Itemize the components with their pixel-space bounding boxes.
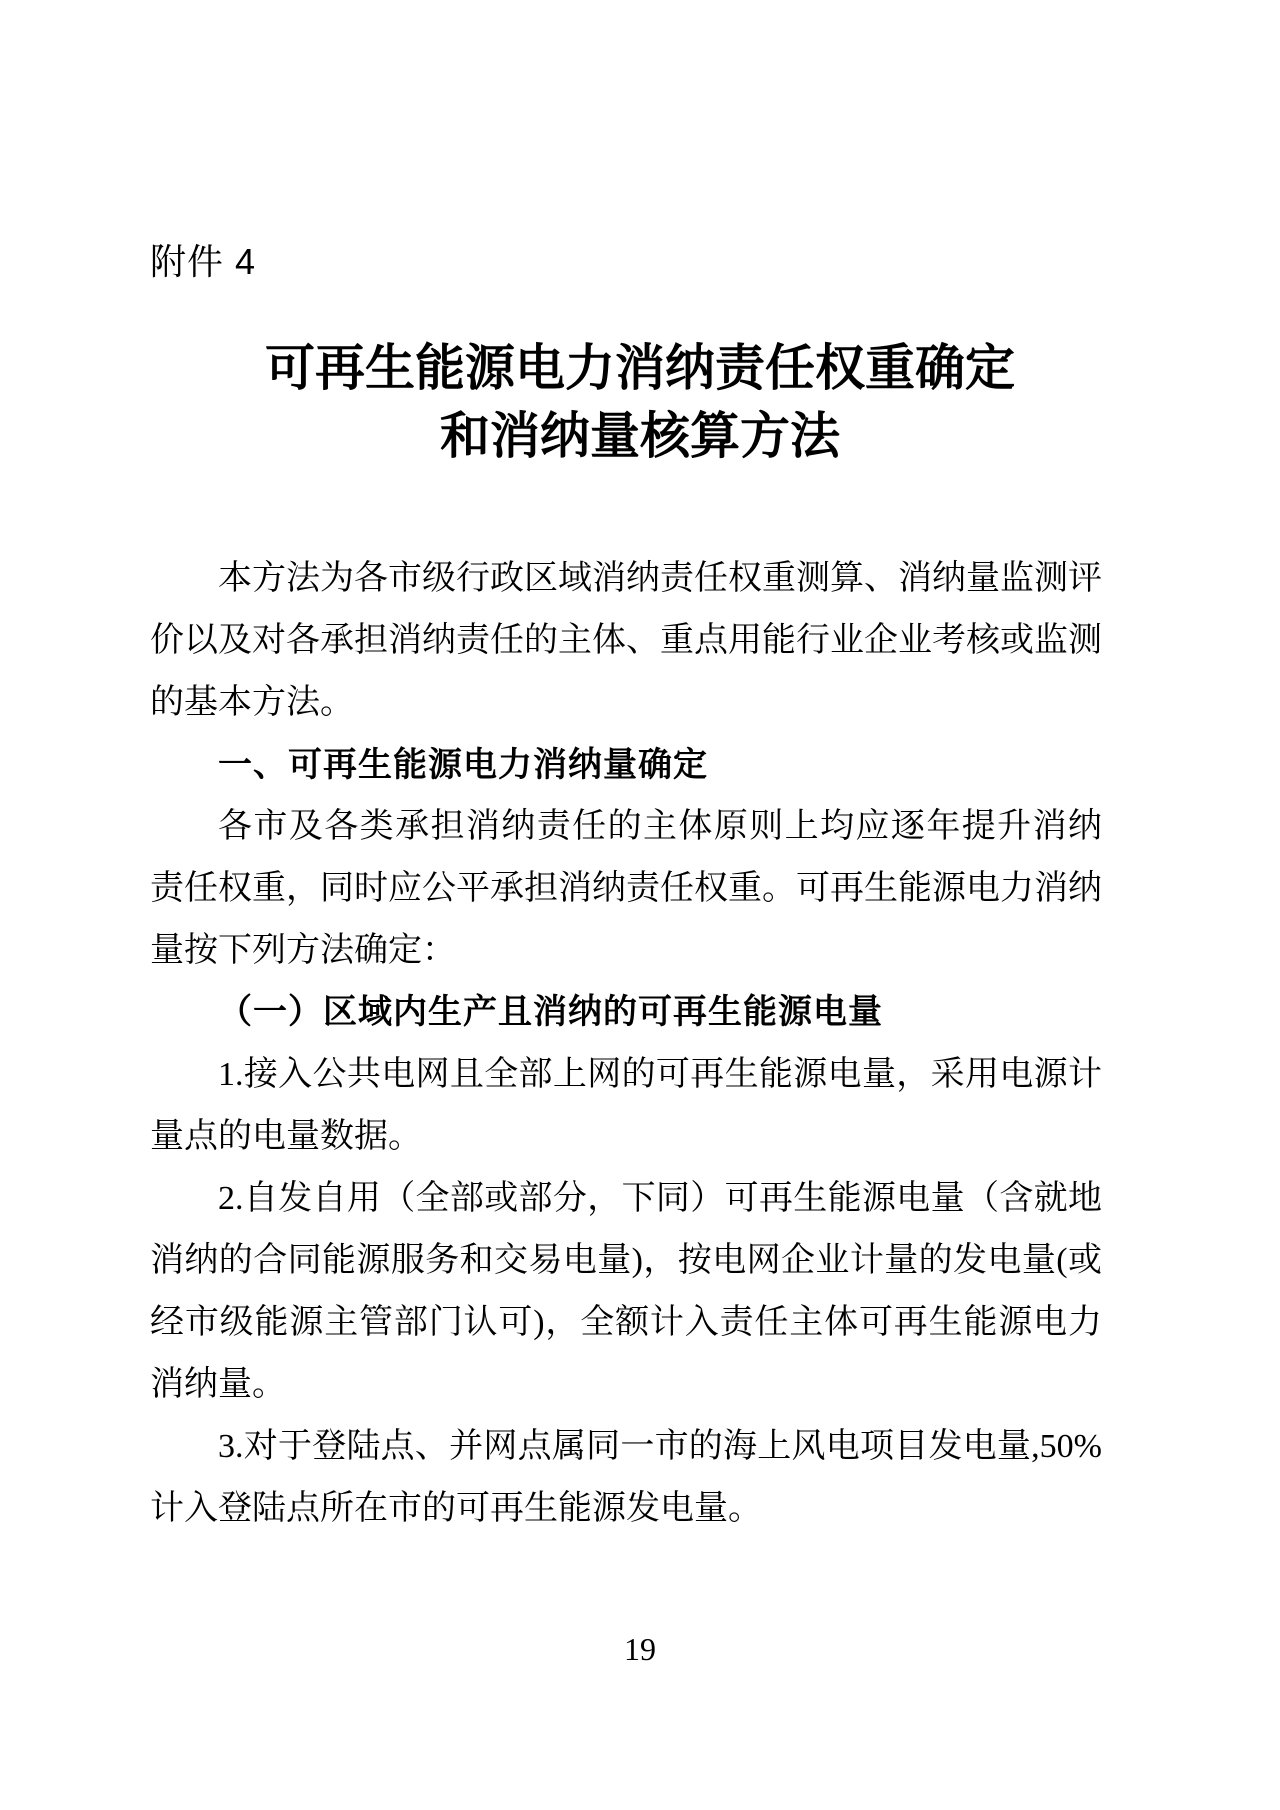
text-line: 1.接入公共电网且全部上网的可再生能源电量，采用电源计 — [150, 1044, 1102, 1106]
text-line: 经市级能源主管部门认可)，全额计入责任主体可再生能源电力 — [150, 1292, 1102, 1354]
text-line: 价以及对各承担消纳责任的主体、重点用能行业企业考核或监测 — [150, 610, 1102, 672]
text-line: 责任权重，同时应公平承担消纳责任权重。可再生能源电力消纳 — [150, 858, 1102, 920]
text-line: 2.自发自用（全部或部分，下同）可再生能源电量（含就地 — [150, 1168, 1102, 1230]
text-line: 本方法为各市级行政区域消纳责任权重测算、消纳量监测评 — [150, 548, 1102, 610]
text-line: 量按下列方法确定： — [150, 920, 1102, 982]
document-title: 可再生能源电力消纳责任权重确定 和消纳量核算方法 — [0, 334, 1280, 470]
text-line: 各市及各类承担消纳责任的主体原则上均应逐年提升消纳 — [150, 796, 1102, 858]
text-line: 计入登陆点所在市的可再生能源发电量。 — [150, 1478, 1102, 1540]
page-number: 19 — [0, 1630, 1280, 1668]
document-title-line-1: 可再生能源电力消纳责任权重确定 — [0, 334, 1280, 402]
document-title-line-2: 和消纳量核算方法 — [0, 402, 1280, 470]
text-line: （一）区域内生产且消纳的可再生能源电量 — [150, 982, 1102, 1044]
text-line: 消纳的合同能源服务和交易电量)，按电网企业计量的发电量(或 — [150, 1230, 1102, 1292]
text-line: 3.对于登陆点、并网点属同一市的海上风电项目发电量,50% — [150, 1416, 1102, 1478]
text-line: 一、可再生能源电力消纳量确定 — [150, 734, 1102, 796]
attachment-label: 附件 4 — [150, 242, 256, 282]
document-page: 附件 4 可再生能源电力消纳责任权重确定 和消纳量核算方法 本方法为各市级行政区… — [0, 0, 1280, 1810]
document-body: 本方法为各市级行政区域消纳责任权重测算、消纳量监测评价以及对各承担消纳责任的主体… — [150, 548, 1102, 1540]
text-line: 的基本方法。 — [150, 672, 1102, 734]
text-line: 量点的电量数据。 — [150, 1106, 1102, 1168]
text-line: 消纳量。 — [150, 1354, 1102, 1416]
